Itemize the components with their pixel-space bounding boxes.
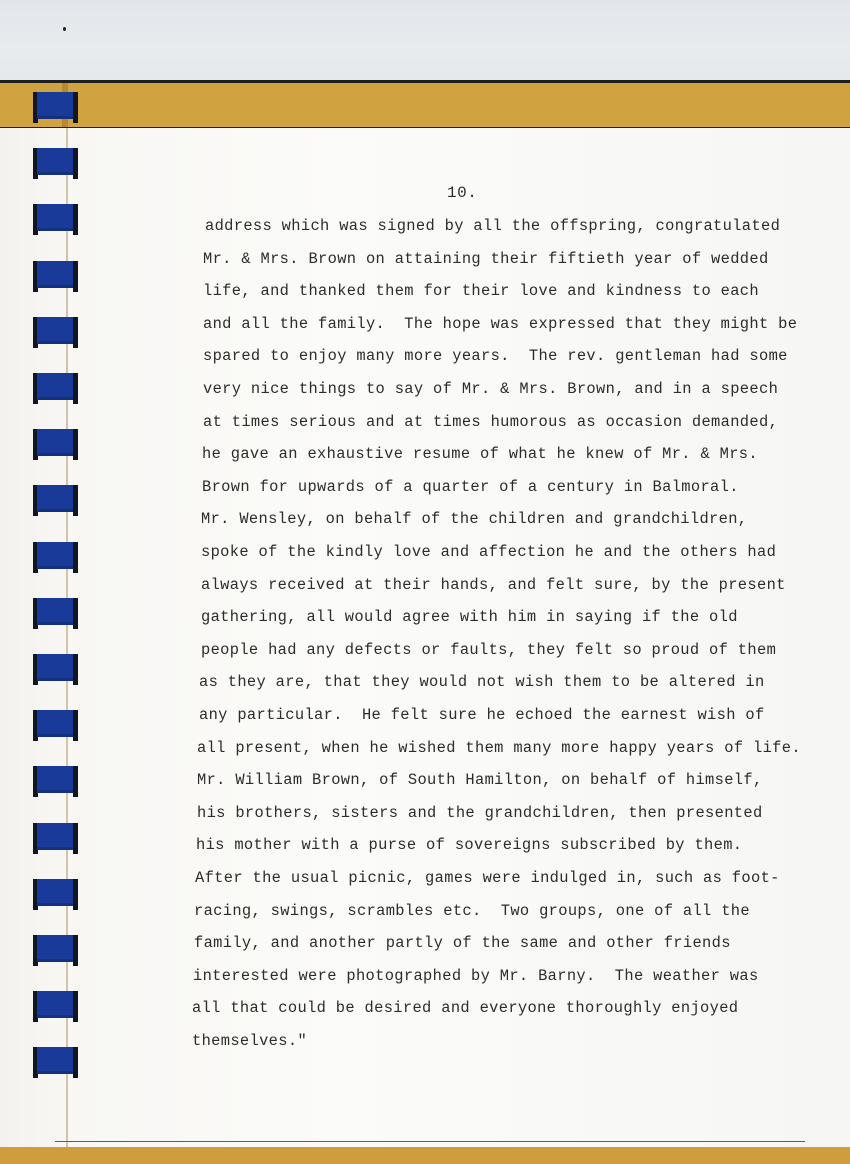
text-line: Mr. Wensley, on behalf of the children a… — [201, 510, 747, 528]
binding-ring-icon — [33, 92, 78, 123]
binding-ring-icon — [33, 148, 78, 179]
ring-body — [37, 261, 74, 288]
text-line: his brothers, sisters and the grandchild… — [197, 804, 763, 822]
text-line: spared to enjoy many more years. The rev… — [203, 347, 788, 365]
text-line: address which was signed by all the offs… — [205, 217, 780, 235]
binding-ring-icon — [33, 991, 78, 1022]
text-line: themselves." — [192, 1032, 307, 1050]
ring-leg — [73, 92, 78, 123]
binding-ring-icon — [33, 823, 78, 854]
ring-body — [37, 542, 74, 569]
binding-ring-icon — [33, 710, 78, 741]
ring-leg — [73, 598, 78, 629]
ring-leg — [73, 204, 78, 235]
ring-leg — [73, 1047, 78, 1078]
text-line: spoke of the kindly love and affection h… — [201, 543, 776, 561]
ring-body — [37, 92, 74, 119]
binder-cover-top — [0, 80, 850, 130]
text-line: all that could be desired and everyone t… — [192, 999, 738, 1017]
ring-body — [37, 823, 74, 850]
text-line: life, and thanked them for their love an… — [203, 282, 759, 300]
paper-page — [0, 128, 850, 1148]
text-line: racing, swings, scrambles etc. Two group… — [194, 902, 750, 920]
page-number: 10. — [447, 184, 477, 202]
ring-body — [37, 654, 74, 681]
binding-ring-icon — [33, 766, 78, 797]
text-line: all present, when he wished them many mo… — [197, 739, 801, 757]
ring-leg — [73, 148, 78, 179]
binding-ring-icon — [33, 373, 78, 404]
binding-ring-icon — [33, 261, 78, 292]
text-line: any particular. He felt sure he echoed t… — [199, 706, 765, 724]
ring-body — [37, 710, 74, 737]
binding-ring-icon — [33, 485, 78, 516]
ring-body — [37, 879, 74, 906]
binding-ring-icon — [33, 935, 78, 966]
ring-leg — [73, 429, 78, 460]
ring-body — [37, 991, 74, 1018]
text-line: always received at their hands, and felt… — [201, 576, 786, 594]
text-line: at times serious and at times humorous a… — [203, 413, 778, 431]
ring-leg — [73, 485, 78, 516]
ring-leg — [73, 823, 78, 854]
ring-leg — [73, 991, 78, 1022]
ring-leg — [73, 879, 78, 910]
ring-body — [37, 148, 74, 175]
text-line: people had any defects or faults, they f… — [201, 641, 776, 659]
ring-body — [37, 429, 74, 456]
ring-leg — [73, 654, 78, 685]
ring-body — [37, 317, 74, 344]
ring-body — [37, 204, 74, 231]
binding-ring-icon — [33, 598, 78, 629]
binding-ring-icon — [33, 317, 78, 348]
ring-leg — [73, 935, 78, 966]
binder-cover-bottom — [0, 1147, 850, 1164]
ring-body — [37, 373, 74, 400]
background-surface — [0, 0, 850, 86]
ring-leg — [73, 317, 78, 348]
ring-body — [37, 1047, 74, 1074]
text-line: and all the family. The hope was express… — [203, 315, 797, 333]
binding-ring-icon — [33, 542, 78, 573]
ring-leg — [73, 542, 78, 573]
binding-rings — [0, 0, 90, 1164]
bottom-rule — [55, 1141, 805, 1142]
binding-ring-icon — [33, 879, 78, 910]
text-line: After the usual picnic, games were indul… — [195, 869, 780, 887]
ring-body — [37, 766, 74, 793]
ring-body — [37, 485, 74, 512]
binding-ring-icon — [33, 1047, 78, 1078]
binding-ring-icon — [33, 654, 78, 685]
text-line: Mr. & Mrs. Brown on attaining their fift… — [203, 250, 769, 268]
ring-body — [37, 935, 74, 962]
text-line: Mr. William Brown, of South Hamilton, on… — [197, 771, 763, 789]
text-line: very nice things to say of Mr. & Mrs. Br… — [203, 380, 778, 398]
ring-leg — [73, 261, 78, 292]
binding-ring-icon — [33, 429, 78, 460]
text-line: gathering, all would agree with him in s… — [201, 608, 738, 626]
text-line: his mother with a purse of sovereigns su… — [196, 836, 742, 854]
ring-leg — [73, 766, 78, 797]
text-line: he gave an exhaustive resume of what he … — [202, 445, 758, 463]
text-line: Brown for upwards of a quarter of a cent… — [202, 478, 739, 496]
ring-body — [37, 598, 74, 625]
text-line: interested were photographed by Mr. Barn… — [193, 967, 759, 985]
ring-leg — [73, 373, 78, 404]
ring-leg — [73, 710, 78, 741]
text-line: family, and another partly of the same a… — [194, 934, 731, 952]
binding-ring-icon — [33, 204, 78, 235]
text-line: as they are, that they would not wish th… — [199, 673, 765, 691]
